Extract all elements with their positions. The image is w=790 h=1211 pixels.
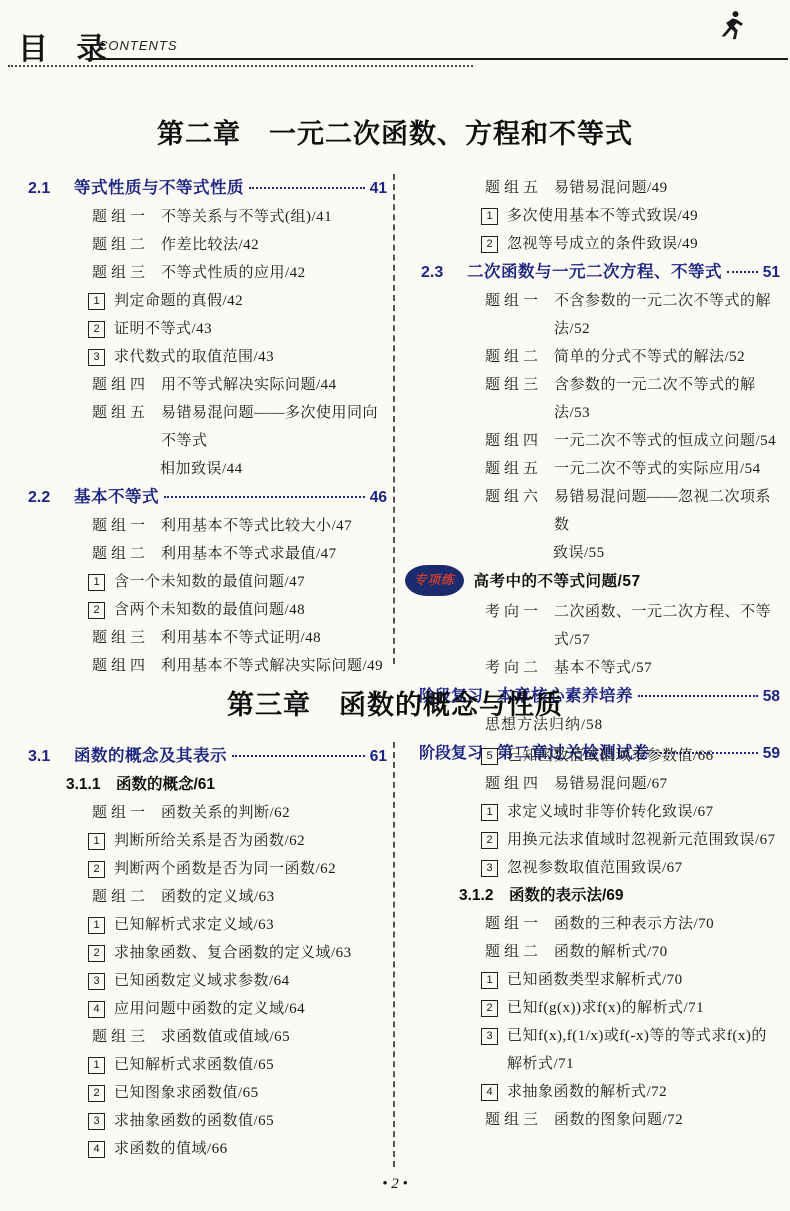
toc-entry-line: 题组三不等式性质的应用/42 <box>92 259 387 287</box>
item-number-box: 1 <box>88 917 105 934</box>
group-label: 题组三 <box>485 371 542 399</box>
item-number-box: 1 <box>481 208 498 225</box>
section-title: 基本不等式 <box>74 483 159 511</box>
toc-entry-continuation: 相加致误/44 <box>92 455 387 483</box>
toc-section-row: 2.3二次函数与一元二次方程、不等式51 <box>421 258 780 287</box>
toc-entry-line: 题组一不含参数的一元二次不等式的解法/52 <box>485 287 780 343</box>
toc-entry-line: 2用换元法求值域时忽视新元范围致误/67 <box>481 826 780 854</box>
page-number: 46 <box>370 484 387 512</box>
toc-entry-line: 1判断所给关系是否为函数/62 <box>88 827 387 855</box>
toc-subsection-row: 3.1.1 函数的概念/61 <box>28 771 387 799</box>
toc-entry-line: 1已知解析式求函数值/65 <box>88 1051 387 1079</box>
toc-entry-line: 2证明不等式/43 <box>88 315 387 343</box>
group-label: 题组二 <box>92 540 149 568</box>
group-text: 易错易混问题——忽视二次项系数 <box>554 483 780 539</box>
toc-group-row: 题组三含参数的一元二次不等式的解法/53 <box>421 371 780 427</box>
item-number-box: 1 <box>88 833 105 850</box>
toc-entry-line: 题组五易错易混问题——多次使用同向不等式 <box>92 399 387 455</box>
toc-entry-line: 2已知f(g(x))求f(x)的解析式/71 <box>481 994 780 1022</box>
group-label: 题组四 <box>92 371 149 399</box>
toc-item-row: 1判定命题的真假/42 <box>28 287 387 315</box>
toc-entry-line: 题组六易错易混问题——忽视二次项系数 <box>485 483 780 539</box>
toc-entry-line: 4应用问题中函数的定义域/64 <box>88 995 387 1023</box>
section-number: 3.1 <box>28 743 74 771</box>
toc-entry-line: 1含一个未知数的最值问题/47 <box>88 568 387 596</box>
toc-item-row: 1多次使用基本不等式致误/49 <box>421 202 780 230</box>
toc-entry-line: 2已知图象求函数值/65 <box>88 1079 387 1107</box>
group-text: 利用基本不等式证明/48 <box>161 624 321 652</box>
group-text: 函数的解析式/70 <box>554 938 668 966</box>
item-number-box: 2 <box>88 945 105 962</box>
toc-group-row: 题组三求函数值或值域/65 <box>28 1023 387 1051</box>
item-text: 已知函数定义域求参数/64 <box>114 967 290 995</box>
group-label: 题组一 <box>92 799 149 827</box>
toc-group-row: 考向二基本不等式/57 <box>421 654 780 682</box>
dot-leader <box>249 187 365 189</box>
group-text: 利用基本不等式解决实际问题/49 <box>161 652 383 680</box>
toc-entry-line: 4求函数的值域/66 <box>88 1135 387 1163</box>
item-text: 求抽象函数的函数值/65 <box>114 1107 274 1135</box>
item-number-box: 2 <box>88 321 105 338</box>
toc-entry-line: 1已知解析式求定义域/63 <box>88 911 387 939</box>
item-text: 含两个未知数的最值问题/48 <box>114 596 305 624</box>
toc-entry-line: 考向一二次函数、一元二次方程、不等式/57 <box>485 598 780 654</box>
toc-entry-line: 2判断两个函数是否为同一函数/62 <box>88 855 387 883</box>
toc-item-row: 2含两个未知数的最值问题/48 <box>28 596 387 624</box>
toc-entry-line: 3.1函数的概念及其表示61 <box>28 742 387 771</box>
toc-group-row: 题组四一元二次不等式的恒成立问题/54 <box>421 427 780 455</box>
toc-subsection-row: 3.1.2 函数的表示法/69 <box>421 882 780 910</box>
item-number-box: 4 <box>88 1001 105 1018</box>
section-title: 等式性质与不等式性质 <box>74 174 244 202</box>
toc-entry-line: 2.3二次函数与一元二次方程、不等式51 <box>421 258 780 287</box>
item-text: 求定义域时非等价转化致误/67 <box>507 798 714 826</box>
toc-entry-line: 2.1等式性质与不等式性质41 <box>28 174 387 203</box>
toc-item-row: 1已知函数类型求解析式/70 <box>421 966 780 994</box>
group-label: 题组六 <box>485 483 542 511</box>
item-text: 应用问题中函数的定义域/64 <box>114 995 305 1023</box>
header-rule <box>88 58 788 60</box>
toc-group-row: 题组四用不等式解决实际问题/44 <box>28 371 387 399</box>
toc-entry-line: 题组三含参数的一元二次不等式的解法/53 <box>485 371 780 427</box>
toc-entry-continuation: 致误/55 <box>485 539 780 567</box>
group-text: 含参数的一元二次不等式的解法/53 <box>554 371 780 427</box>
toc-entry-line: 1判定命题的真假/42 <box>88 287 387 315</box>
group-label: 题组一 <box>92 203 149 231</box>
group-label: 题组三 <box>92 259 149 287</box>
toc-group-row: 题组二利用基本不等式求最值/47 <box>28 540 387 568</box>
item-number-box: 2 <box>481 832 498 849</box>
toc-group-row: 题组一函数的三种表示方法/70 <box>421 910 780 938</box>
chapter-2-title: 第二章 一元二次函数、方程和不等式 <box>0 112 790 151</box>
item-number-box: 1 <box>481 804 498 821</box>
toc-entry-line: 题组一不等关系与不等式(组)/41 <box>92 203 387 231</box>
item-text: 求函数的值域/66 <box>114 1135 228 1163</box>
toc-section-row: 3.1函数的概念及其表示61 <box>28 742 387 771</box>
toc-group-row: 题组五一元二次不等式的实际应用/54 <box>421 455 780 483</box>
toc-column-right: 题组五易错易混问题/491多次使用基本不等式致误/492忽视等号成立的条件致误/… <box>393 174 790 664</box>
item-number-box: 3 <box>88 1113 105 1130</box>
toc-group-row: 题组三不等式性质的应用/42 <box>28 259 387 287</box>
group-text: 一元二次不等式的实际应用/54 <box>554 455 761 483</box>
group-label: 题组五 <box>485 174 542 202</box>
toc-group-row: 题组五易错易混问题——多次使用同向不等式相加致误/44 <box>28 399 387 483</box>
toc-entry-line: 2含两个未知数的最值问题/48 <box>88 596 387 624</box>
section-number: 2.1 <box>28 175 74 203</box>
group-label: 题组四 <box>485 770 542 798</box>
toc-entry-line: 题组四利用基本不等式解决实际问题/49 <box>92 652 387 680</box>
toc-item-row: 5已知函数值或值域求参数值/66 <box>421 742 780 770</box>
item-text: 已知图象求函数值/65 <box>114 1079 259 1107</box>
toc-item-row: 3求抽象函数的函数值/65 <box>28 1107 387 1135</box>
item-number-box: 2 <box>481 1000 498 1017</box>
subsection-text: 3.1.2 函数的表示法/69 <box>459 882 624 910</box>
toc-column-left: 3.1函数的概念及其表示613.1.1 函数的概念/61题组一函数关系的判断/6… <box>0 742 393 1167</box>
footer-page-number: • 2 • <box>0 1176 790 1193</box>
group-text: 不等式性质的应用/42 <box>161 259 306 287</box>
toc-entry-line: 题组一利用基本不等式比较大小/47 <box>92 512 387 540</box>
chapter-2-toc: 2.1等式性质与不等式性质41题组一不等关系与不等式(组)/41题组二作差比较法… <box>0 174 790 664</box>
toc-entry-line: 题组五易错易混问题/49 <box>485 174 780 202</box>
group-text: 求函数值或值域/65 <box>161 1023 290 1051</box>
page-header: 目 录 CONTENTS <box>0 22 790 72</box>
toc-item-row: 1含一个未知数的最值问题/47 <box>28 568 387 596</box>
dot-leader <box>727 271 758 273</box>
toc-column-left: 2.1等式性质与不等式性质41题组一不等关系与不等式(组)/41题组二作差比较法… <box>0 174 393 664</box>
subsection-text: 3.1.1 函数的概念/61 <box>66 771 215 799</box>
section-title: 函数的概念及其表示 <box>74 742 227 770</box>
group-text: 函数的定义域/63 <box>161 883 275 911</box>
section-title: 二次函数与一元二次方程、不等式 <box>467 258 722 286</box>
group-label: 考向一 <box>485 598 542 626</box>
item-number-box: 4 <box>88 1141 105 1158</box>
header-dotted-rule <box>8 65 473 67</box>
toc-section-row: 2.1等式性质与不等式性质41 <box>28 174 387 203</box>
toc-section-row: 2.2基本不等式46 <box>28 483 387 512</box>
toc-entry-line: 题组二利用基本不等式求最值/47 <box>92 540 387 568</box>
item-number-box: 2 <box>88 602 105 619</box>
item-number-box: 1 <box>88 1057 105 1074</box>
item-number-box: 2 <box>88 861 105 878</box>
group-text: 不含参数的一元二次不等式的解法/52 <box>554 287 780 343</box>
toc-entry-line: 题组一函数的三种表示方法/70 <box>485 910 780 938</box>
toc-group-row: 题组二函数的解析式/70 <box>421 938 780 966</box>
item-text: 判断所给关系是否为函数/62 <box>114 827 305 855</box>
item-text: 求代数式的取值范围/43 <box>114 343 274 371</box>
group-label: 题组三 <box>92 624 149 652</box>
toc-entry-line: 题组二函数的定义域/63 <box>92 883 387 911</box>
toc-item-row: 2求抽象函数、复合函数的定义域/63 <box>28 939 387 967</box>
toc-entry-line: 3已知函数定义域求参数/64 <box>88 967 387 995</box>
toc-item-row: 3求代数式的取值范围/43 <box>28 343 387 371</box>
group-text: 易错易混问题/67 <box>554 770 668 798</box>
toc-group-row: 题组四利用基本不等式解决实际问题/49 <box>28 652 387 680</box>
toc-group-row: 题组二简单的分式不等式的解法/52 <box>421 343 780 371</box>
group-label: 题组五 <box>485 455 542 483</box>
group-text: 函数关系的判断/62 <box>161 799 290 827</box>
toc-item-row: 2证明不等式/43 <box>28 315 387 343</box>
group-label: 题组二 <box>92 231 149 259</box>
item-text: 已知f(x),f(1/x)或f(-x)等的等式求f(x)的 <box>507 1022 767 1050</box>
toc-item-row: 2忽视等号成立的条件致误/49 <box>421 230 780 258</box>
toc-item-row: 1求定义域时非等价转化致误/67 <box>421 798 780 826</box>
toc-item-row: 3已知f(x),f(1/x)或f(-x)等的等式求f(x)的解析式/71 <box>421 1022 780 1078</box>
runner-icon <box>714 8 748 44</box>
item-number-box: 1 <box>88 574 105 591</box>
toc-entry-line: 题组二简单的分式不等式的解法/52 <box>485 343 780 371</box>
toc-entry-line: 题组四一元二次不等式的恒成立问题/54 <box>485 427 780 455</box>
dot-leader <box>164 496 365 498</box>
group-text: 函数的图象问题/72 <box>554 1106 683 1134</box>
contents-label: CONTENTS <box>98 38 178 53</box>
toc-item-row: 4求抽象函数的解析式/72 <box>421 1078 780 1106</box>
special-practice-text: 高考中的不等式问题/57 <box>474 568 641 596</box>
group-label: 题组四 <box>92 652 149 680</box>
group-label: 题组二 <box>485 343 542 371</box>
item-number-box: 1 <box>481 972 498 989</box>
item-number-box: 3 <box>481 860 498 877</box>
group-text: 不等关系与不等式(组)/41 <box>161 203 332 231</box>
item-number-box: 3 <box>481 1028 498 1045</box>
toc-entry-line: 2.2基本不等式46 <box>28 483 387 512</box>
group-text: 函数的三种表示方法/70 <box>554 910 714 938</box>
toc-group-row: 题组一利用基本不等式比较大小/47 <box>28 512 387 540</box>
group-label: 题组一 <box>485 910 542 938</box>
item-text: 含一个未知数的最值问题/47 <box>114 568 305 596</box>
dot-leader <box>232 755 365 757</box>
toc-group-row: 题组六易错易混问题——忽视二次项系数致误/55 <box>421 483 780 567</box>
toc-entry-line: 3忽视参数取值范围致误/67 <box>481 854 780 882</box>
toc-entry-line: 考向二基本不等式/57 <box>485 654 780 682</box>
section-number: 2.3 <box>421 259 467 287</box>
toc-entry-line: 2忽视等号成立的条件致误/49 <box>481 230 780 258</box>
toc-item-row: 2判断两个函数是否为同一函数/62 <box>28 855 387 883</box>
group-label: 题组三 <box>485 1106 542 1134</box>
group-text: 易错易混问题——多次使用同向不等式 <box>161 399 387 455</box>
chapter-3-toc: 3.1函数的概念及其表示613.1.1 函数的概念/61题组一函数关系的判断/6… <box>0 742 790 1167</box>
item-number-box: 2 <box>88 1085 105 1102</box>
item-text: 证明不等式/43 <box>114 315 212 343</box>
toc-entry-line: 题组一函数关系的判断/62 <box>92 799 387 827</box>
group-text: 易错易混问题/49 <box>554 174 668 202</box>
chapter-3-title: 第三章 函数的概念与性质 <box>0 683 790 722</box>
toc-item-row: 3忽视参数取值范围致误/67 <box>421 854 780 882</box>
toc-item-row: 4求函数的值域/66 <box>28 1135 387 1163</box>
item-text: 求抽象函数的解析式/72 <box>507 1078 667 1106</box>
item-text: 已知解析式求定义域/63 <box>114 911 274 939</box>
toc-entry-line: 1求定义域时非等价转化致误/67 <box>481 798 780 826</box>
item-number-box: 5 <box>481 748 498 765</box>
toc-group-row: 考向一二次函数、一元二次方程、不等式/57 <box>421 598 780 654</box>
toc-entry-line: 3求抽象函数的函数值/65 <box>88 1107 387 1135</box>
toc-entry-line: 3求代数式的取值范围/43 <box>88 343 387 371</box>
item-number-box: 1 <box>88 293 105 310</box>
toc-item-row: 2用换元法求值域时忽视新元范围致误/67 <box>421 826 780 854</box>
group-text: 用不等式解决实际问题/44 <box>161 371 337 399</box>
toc-group-row: 题组三利用基本不等式证明/48 <box>28 624 387 652</box>
group-label: 题组三 <box>92 1023 149 1051</box>
group-label: 题组四 <box>485 427 542 455</box>
toc-entry-line: 专项练高考中的不等式问题/57 <box>405 567 780 598</box>
toc-item-row: 1已知解析式求函数值/65 <box>28 1051 387 1079</box>
toc-entry-line: 3.1.2 函数的表示法/69 <box>459 882 780 910</box>
toc-special-row: 专项练高考中的不等式问题/57 <box>405 567 780 598</box>
toc-entry-line: 题组五一元二次不等式的实际应用/54 <box>485 455 780 483</box>
item-text: 判断两个函数是否为同一函数/62 <box>114 855 336 883</box>
toc-item-row: 2已知f(g(x))求f(x)的解析式/71 <box>421 994 780 1022</box>
group-text: 利用基本不等式比较大小/47 <box>161 512 352 540</box>
toc-item-row: 2已知图象求函数值/65 <box>28 1079 387 1107</box>
toc-entry-line: 题组四易错易混问题/67 <box>485 770 780 798</box>
toc-column-right: 5已知函数值或值域求参数值/66题组四易错易混问题/671求定义域时非等价转化致… <box>393 742 790 1167</box>
group-label: 题组一 <box>485 287 542 315</box>
item-text: 求抽象函数、复合函数的定义域/63 <box>114 939 352 967</box>
item-text: 忽视参数取值范围致误/67 <box>507 854 683 882</box>
toc-entry-line: 5已知函数值或值域求参数值/66 <box>481 742 780 770</box>
group-label: 题组五 <box>92 399 149 427</box>
page-number: 61 <box>370 743 387 771</box>
toc-item-row: 4应用问题中函数的定义域/64 <box>28 995 387 1023</box>
section-number: 2.2 <box>28 484 74 512</box>
toc-group-row: 题组一函数关系的判断/62 <box>28 799 387 827</box>
toc-item-row: 1判断所给关系是否为函数/62 <box>28 827 387 855</box>
toc-entry-line: 2求抽象函数、复合函数的定义域/63 <box>88 939 387 967</box>
group-label: 题组二 <box>485 938 542 966</box>
group-text: 二次函数、一元二次方程、不等式/57 <box>554 598 780 654</box>
toc-entry-line: 题组三函数的图象问题/72 <box>485 1106 780 1134</box>
toc-entry-line: 3.1.1 函数的概念/61 <box>66 771 387 799</box>
item-text: 已知函数值或值域求参数值/66 <box>507 742 714 770</box>
item-text: 用换元法求值域时忽视新元范围致误/67 <box>507 826 776 854</box>
toc-entry-line: 1多次使用基本不等式致误/49 <box>481 202 780 230</box>
toc-group-row: 题组一不等关系与不等式(组)/41 <box>28 203 387 231</box>
item-text: 已知f(g(x))求f(x)的解析式/71 <box>507 994 704 1022</box>
toc-entry-line: 3已知f(x),f(1/x)或f(-x)等的等式求f(x)的 <box>481 1022 780 1050</box>
toc-entry-continuation: 解析式/71 <box>481 1050 780 1078</box>
group-label: 考向二 <box>485 654 542 682</box>
toc-entry-line: 题组四用不等式解决实际问题/44 <box>92 371 387 399</box>
toc-group-row: 题组五易错易混问题/49 <box>421 174 780 202</box>
toc-group-row: 题组一不含参数的一元二次不等式的解法/52 <box>421 287 780 343</box>
item-text: 忽视等号成立的条件致误/49 <box>507 230 698 258</box>
group-text: 简单的分式不等式的解法/52 <box>554 343 745 371</box>
toc-group-row: 题组二作差比较法/42 <box>28 231 387 259</box>
toc-entry-line: 题组二函数的解析式/70 <box>485 938 780 966</box>
item-number-box: 4 <box>481 1084 498 1101</box>
group-text: 利用基本不等式求最值/47 <box>161 540 337 568</box>
group-text: 一元二次不等式的恒成立问题/54 <box>554 427 776 455</box>
page-number: 41 <box>370 175 387 203</box>
item-text: 已知函数类型求解析式/70 <box>507 966 683 994</box>
group-label: 题组一 <box>92 512 149 540</box>
item-text: 判定命题的真假/42 <box>114 287 243 315</box>
group-text: 基本不等式/57 <box>554 654 652 682</box>
group-label: 题组二 <box>92 883 149 911</box>
item-number-box: 3 <box>88 973 105 990</box>
item-number-box: 3 <box>88 349 105 366</box>
page-number: 51 <box>763 259 780 287</box>
toc-group-row: 题组二函数的定义域/63 <box>28 883 387 911</box>
toc-entry-line: 题组三利用基本不等式证明/48 <box>92 624 387 652</box>
item-text: 多次使用基本不等式致误/49 <box>507 202 698 230</box>
toc-entry-line: 1已知函数类型求解析式/70 <box>481 966 780 994</box>
special-practice-badge: 专项练 <box>405 565 464 596</box>
toc-item-row: 3已知函数定义域求参数/64 <box>28 967 387 995</box>
group-text: 作差比较法/42 <box>161 231 259 259</box>
item-number-box: 2 <box>481 236 498 253</box>
toc-group-row: 题组三函数的图象问题/72 <box>421 1106 780 1134</box>
toc-group-row: 题组四易错易混问题/67 <box>421 770 780 798</box>
toc-entry-line: 题组三求函数值或值域/65 <box>92 1023 387 1051</box>
toc-entry-line: 题组二作差比较法/42 <box>92 231 387 259</box>
toc-entry-line: 4求抽象函数的解析式/72 <box>481 1078 780 1106</box>
item-text: 已知解析式求函数值/65 <box>114 1051 274 1079</box>
toc-item-row: 1已知解析式求定义域/63 <box>28 911 387 939</box>
